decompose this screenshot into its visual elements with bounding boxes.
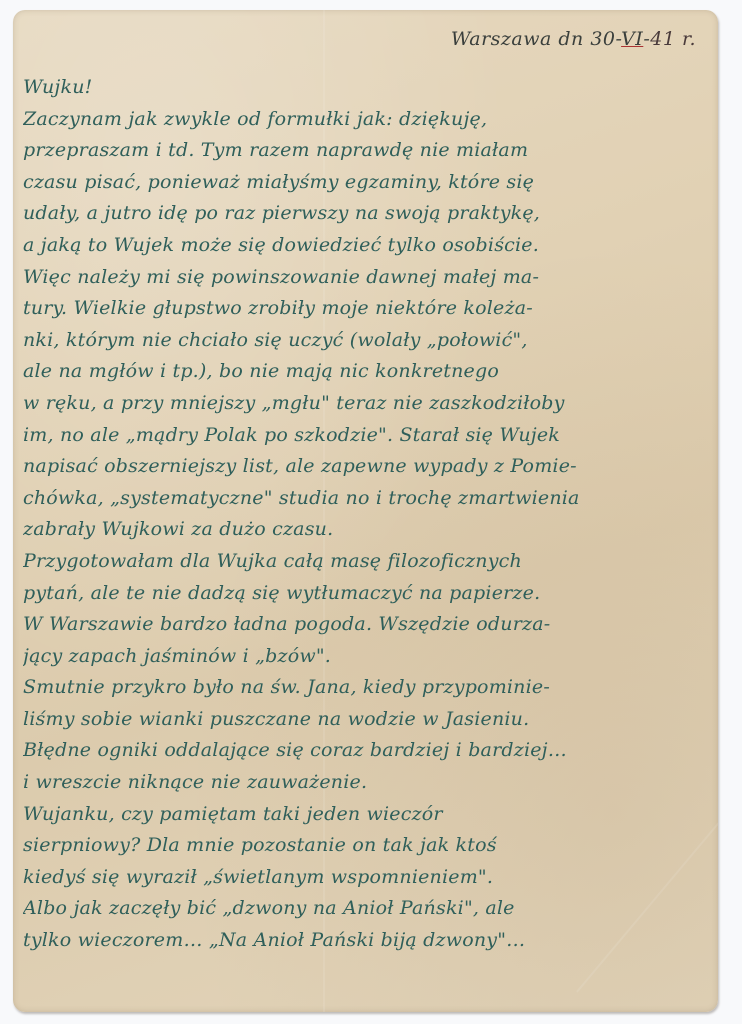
- letter-line: Przygotowałam dla Wujka całą masę filozo…: [23, 546, 713, 578]
- letter-line: Wujanku, czy pamiętam taki jeden wieczór: [23, 799, 713, 831]
- letter-line: W Warszawie bardzo ładna pogoda. Wszędzi…: [23, 609, 713, 641]
- letter-line: zabrały Wujkowi za dużo czasu.: [23, 514, 713, 546]
- letter-line: Błędne ogniki oddalające się coraz bardz…: [23, 735, 713, 767]
- scan-background: Warszawa dn 30-VI-41 r. Wujku! Zaczynam …: [0, 0, 742, 1024]
- letter-line: Więc należy mi się powinszowanie dawnej …: [23, 262, 713, 294]
- letter-line: tylko wieczorem… „Na Anioł Pański biją d…: [23, 925, 713, 957]
- letter-line: im, no ale „mądry Polak po szkodzie". St…: [23, 420, 713, 452]
- date-line: Warszawa dn 30-VI-41 r.: [451, 28, 696, 50]
- letter-line: Smutnie przykro było na św. Jana, kiedy …: [23, 672, 713, 704]
- letter-line: liśmy sobie wianki puszczane na wodzie w…: [23, 704, 713, 736]
- letter-line: a jaką to Wujek może się dowiedzieć tylk…: [23, 230, 713, 262]
- letter-line: i wreszcie niknące nie zauważenie.: [23, 767, 713, 799]
- letter-line: pytań, ale te nie dadzą się wytłumaczyć …: [23, 578, 713, 610]
- letter-line: ale na mgłów i tp.), bo nie mają nic kon…: [23, 356, 713, 388]
- letter-line: Albo jak zaczęły bić „dzwony na Anioł Pa…: [23, 893, 713, 925]
- postcard: Warszawa dn 30-VI-41 r. Wujku! Zaczynam …: [13, 10, 718, 1012]
- letter-line: jący zapach jaśminów i „bzów".: [23, 641, 713, 673]
- letter-line: napisać obszerniejszy list, ale zapewne …: [23, 451, 713, 483]
- letter-line: udały, a jutro idę po raz pierwszy na sw…: [23, 198, 713, 230]
- date-month: VI: [621, 28, 643, 50]
- letter-line: chówka, „systematyczne" studia no i troc…: [23, 483, 713, 515]
- letter-line: Zaczynam jak zwykle od formułki jak: dzi…: [23, 104, 713, 136]
- letter-line: kiedyś się wyraził „świetlanym wspomnien…: [23, 862, 713, 894]
- letter-line: nki, którym nie chciało się uczyć (wolał…: [23, 325, 713, 357]
- letter-body: Wujku! Zaczynam jak zwykle od formułki j…: [23, 72, 713, 957]
- date-year: 41 r.: [650, 28, 696, 50]
- letter-line: czasu pisać, ponieważ miałyśmy egzaminy,…: [23, 167, 713, 199]
- date-prefix: dn: [558, 28, 583, 50]
- salutation: Wujku!: [23, 72, 713, 104]
- letter-line: sierpniowy? Dla mnie pozostanie on tak j…: [23, 830, 713, 862]
- letter-line: tury. Wielkie głupstwo zrobiły moje niek…: [23, 293, 713, 325]
- letter-line: przepraszam i td. Tym razem naprawdę nie…: [23, 135, 713, 167]
- date-day: 30: [590, 28, 615, 50]
- letter-line: w ręku, a przy mniejszy „mgłu" teraz nie…: [23, 388, 713, 420]
- date-place: Warszawa: [451, 28, 552, 50]
